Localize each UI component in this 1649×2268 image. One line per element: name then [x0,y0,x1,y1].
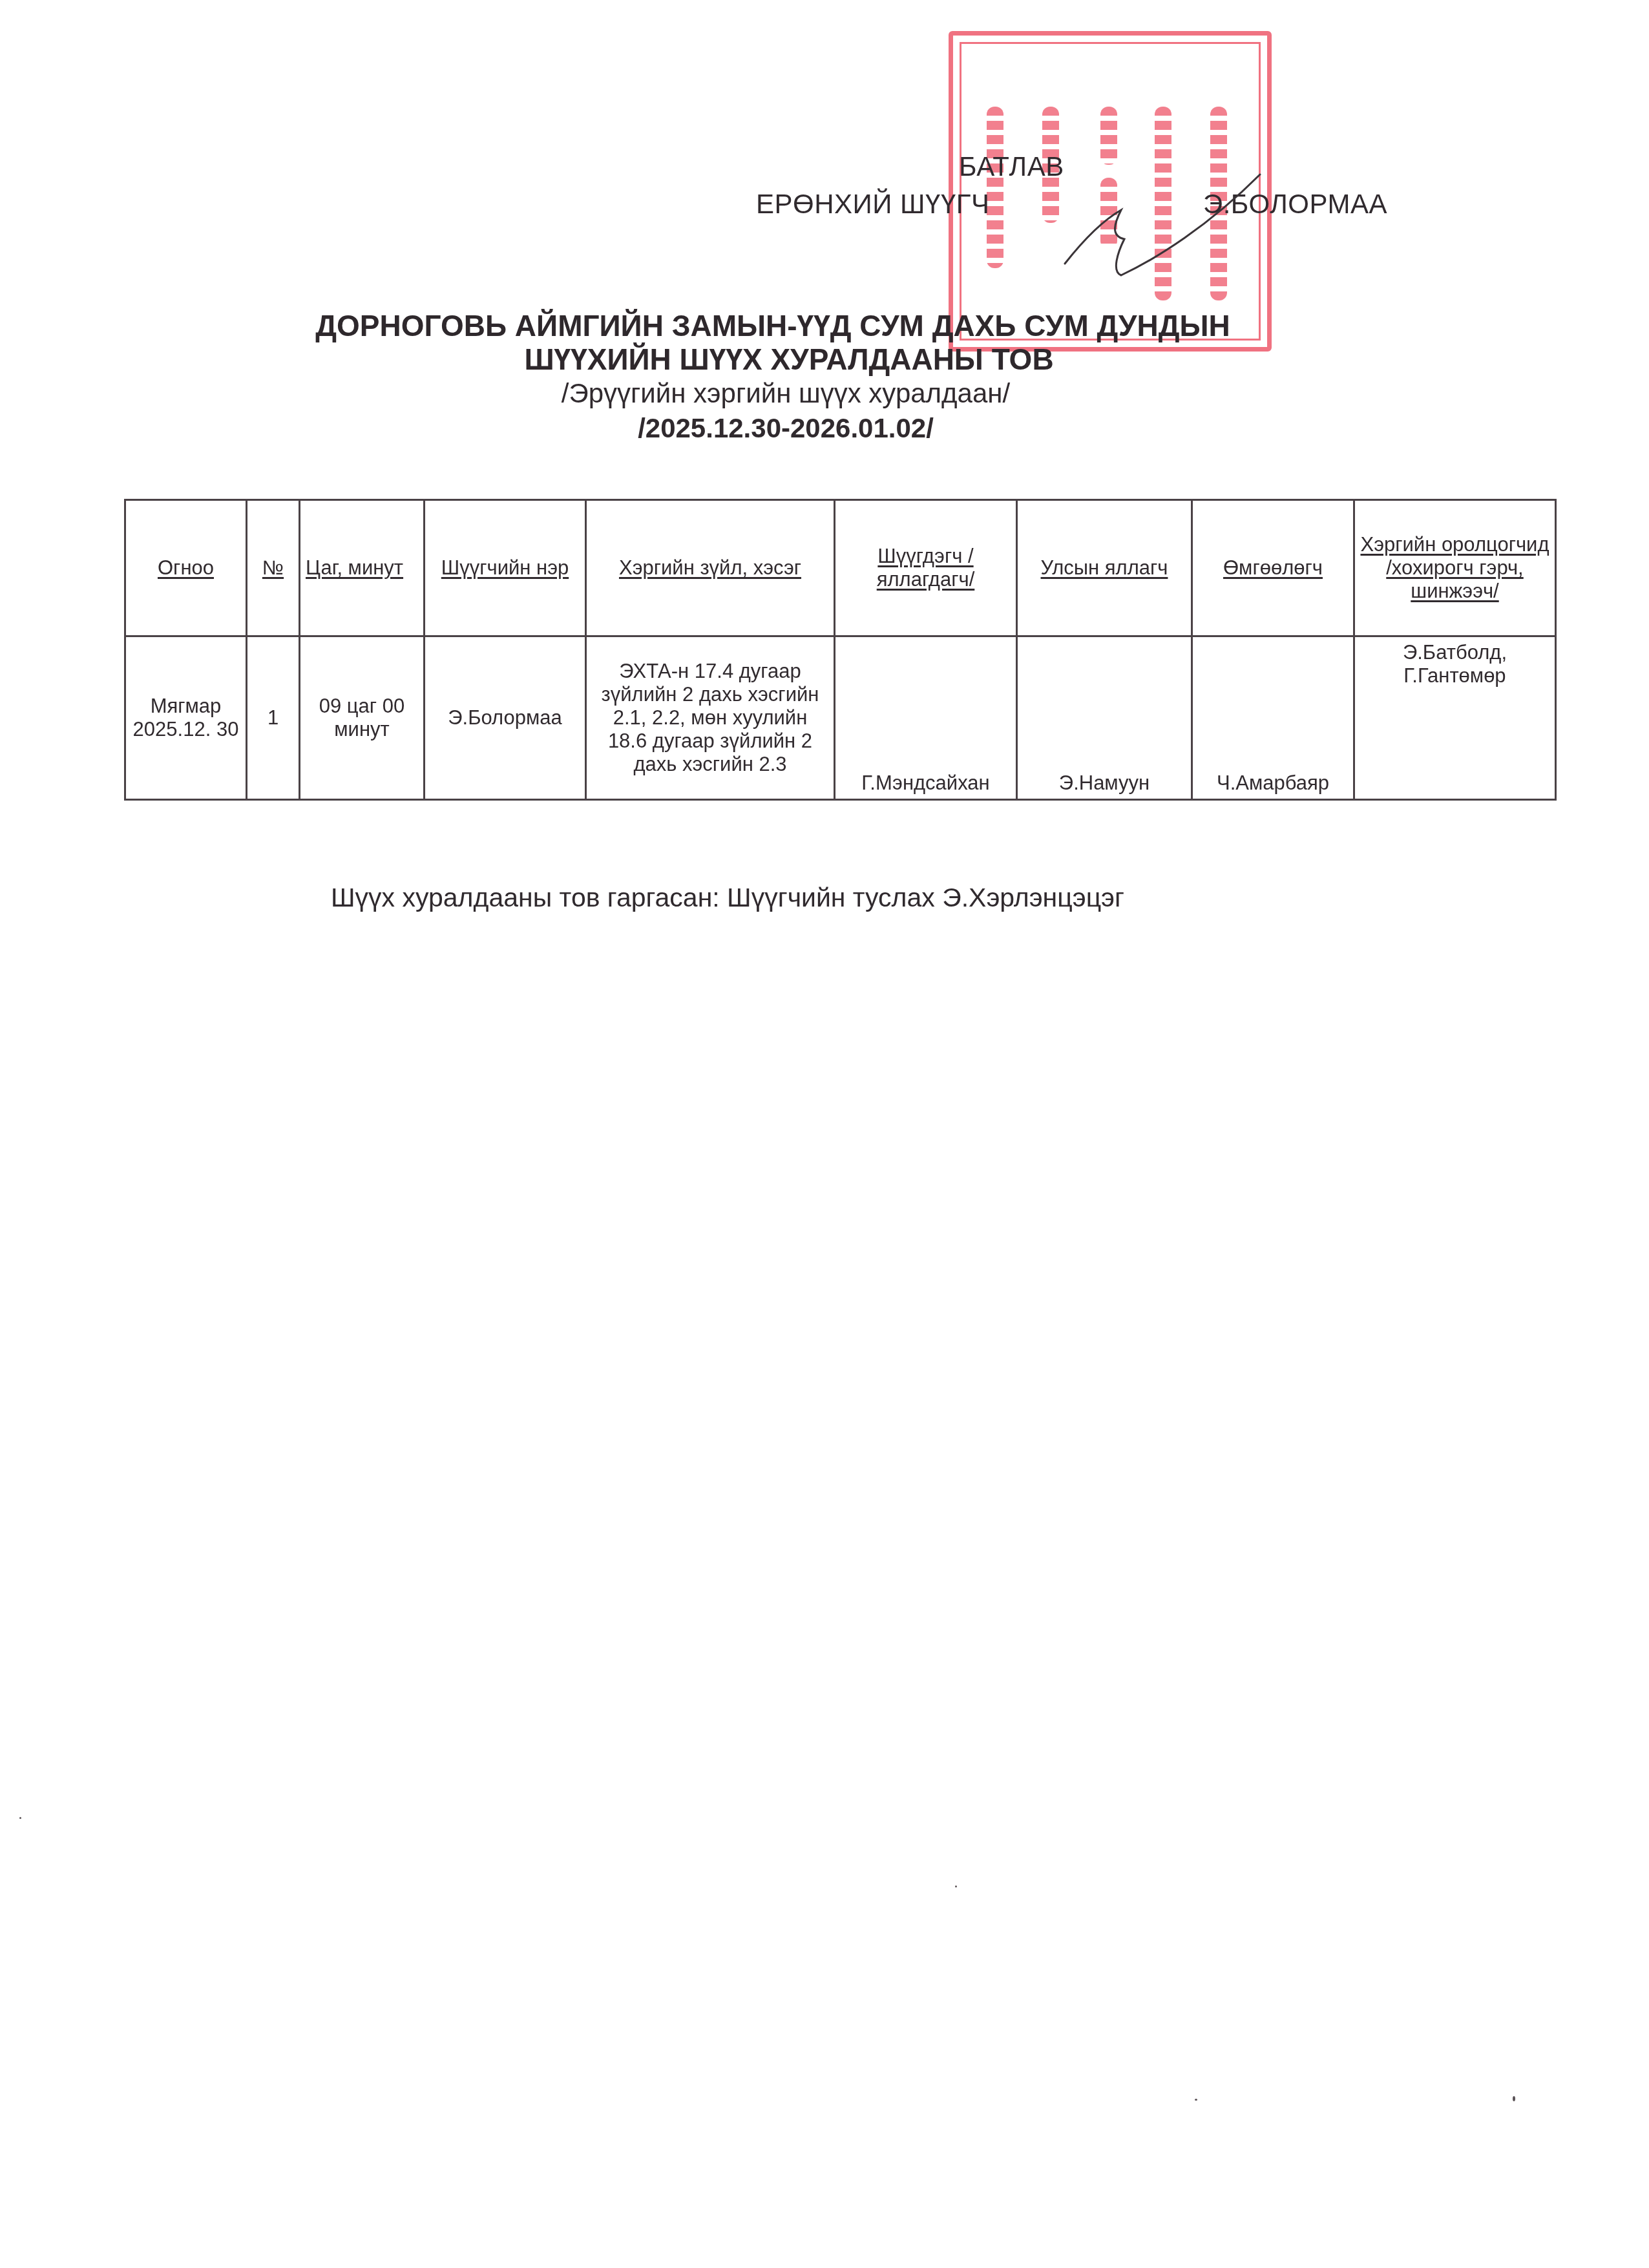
scan-speck [19,1817,21,1819]
document-title-line1: ДОРНОГОВЬ АЙМГИЙН ЗАМЫН-ҮҮД СУМ ДАХЬ СУМ… [0,309,1649,342]
column-header-defendant: Шүүгдэгч /яллагдагч/ [835,500,1017,636]
column-header-case-article: Хэргийн зүйл, хэсэг [586,500,835,636]
cell-defendant: Г.Мэндсайхан [835,636,1017,800]
scan-speck [955,1885,957,1887]
cell-prosecutor: Э.Намуун [1017,636,1192,800]
cell-defense-lawyer: Ч.Амарбаяр [1192,636,1354,800]
column-header-date: Огноо [125,500,247,636]
cell-judge: Э.Болормаа [425,636,586,800]
approver-role: ЕРӨНХИЙ ШҮҮГЧ [756,189,990,220]
cell-case-article: ЭХТА-н 17.4 дугаар зүйлийн 2 дахь хэсгий… [586,636,835,800]
scan-speck [1513,2096,1515,2101]
cell-time: 09 цаг 00 минут [300,636,425,800]
approval-label: БАТЛАВ [959,151,1064,182]
column-header-judge: Шүүгчийн нэр [425,500,586,636]
scan-speck [1195,2099,1197,2101]
document-header: ДОРНОГОВЬ АЙМГИЙН ЗАМЫН-ҮҮД СУМ ДАХЬ СУМ… [0,309,1649,446]
stamp-script-column [987,107,1003,268]
document-title-line2: ШҮҮХИЙН ШҮҮХ ХУРАЛДААНЫ ТОВ [0,342,1649,376]
document-subtitle: /Эрүүгийн хэргийн шүүх хуралдаан/ [0,376,1649,411]
column-header-number: № [247,500,300,636]
column-header-participants: Хэргийн оролцогчид /хохирогч гэрч, шинжэ… [1354,500,1556,636]
table-header-row: Огноо № Цаг, минут Шүүгчийн нэр Хэргийн … [125,500,1556,636]
column-header-prosecutor: Улсын яллагч [1017,500,1192,636]
prepared-by-note: Шүүх хуралдааны тов гаргасан: Шүүгчийн т… [331,883,1124,913]
signature-icon [1060,149,1279,278]
table-row: Мягмар 2025.12. 30 1 09 цаг 00 минут Э.Б… [125,636,1556,800]
column-header-defense-lawyer: Өмгөөлөгч [1192,500,1354,636]
cell-number: 1 [247,636,300,800]
cell-participants: Э.Батболд, Г.Гантөмөр [1354,636,1556,800]
document-date-range: /2025.12.30-2026.01.02/ [0,411,1649,446]
cell-date: Мягмар 2025.12. 30 [125,636,247,800]
column-header-time: Цаг, минут [300,500,425,636]
hearing-schedule-table: Огноо № Цаг, минут Шүүгчийн нэр Хэргийн … [124,499,1557,801]
